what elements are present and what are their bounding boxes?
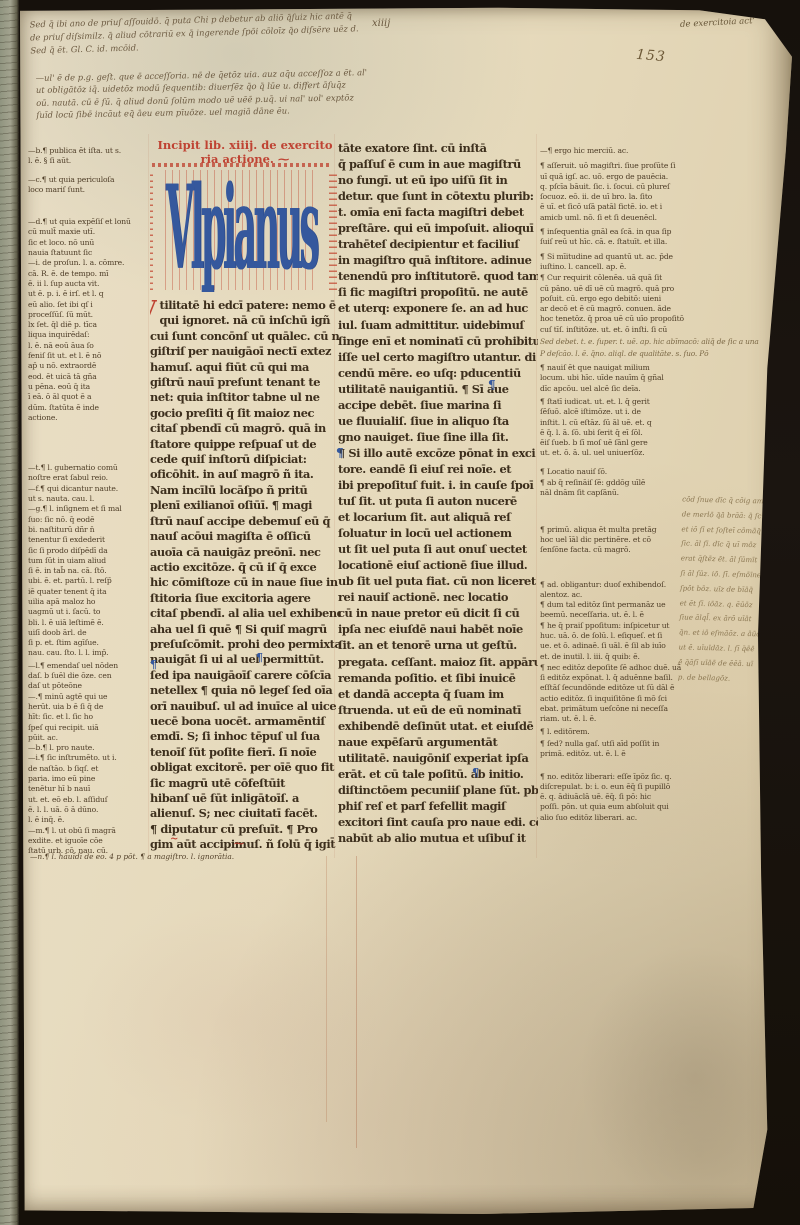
ruling-line <box>356 856 357 1148</box>
second-annotation-block: —ul' ē de p.g. geſt. que ē acceſſoria. n… <box>36 64 487 121</box>
main-text-column-2: tāte exatore ſint. cū inſtāq̄ paſſuſ ē c… <box>338 140 538 852</box>
frame-ruling <box>536 134 537 858</box>
facing-page-edge <box>0 0 19 1225</box>
running-title: de exercitoia act' <box>680 16 755 30</box>
folio-number: 153 <box>635 47 666 66</box>
gloss-paragraph: ¶ nauiſ ēt que nauigat miliumlocum. ubi … <box>540 363 736 394</box>
gloss-paragraph: —¶ ergo hic merciū. ac. <box>540 146 736 156</box>
main-text-column-1: Dm. Incipit lib. xiiij. de exercito ria … <box>150 138 340 854</box>
manuscript-page: Sed q̄ ibi ano de priuſ aſſouidō. q̄ put… <box>20 6 792 1214</box>
gloss-paragraph: ¶ ſed? nulla gaſ. utſi aīd poſſit inprim… <box>540 739 736 760</box>
ruling-line <box>326 856 327 1122</box>
rubric-line-1: Incipit lib. xiiij. de exercito <box>150 138 340 152</box>
column-1-text: tilitatē hi edcī patere: nemo ēqui ignor… <box>150 298 340 853</box>
gloss-paragraph: ¶ Cur requirit cōlenēa. uā quā ſitcū pān… <box>540 273 736 335</box>
top-annotation-block: Sed q̄ ibi ano de priuſ aſſouidō. q̄ put… <box>30 8 421 58</box>
gloss-paragraph: ¶ inſequentia gnāl ea ſcā. in qua ſipſui… <box>540 227 736 248</box>
right-gloss-column: —¶ ergo hic merciū. ac. ¶ aſſeruit. uō m… <box>540 142 736 823</box>
gloss-paragraph: ¶ Si mīitudine ad quantū ut. ac. p̄deiuſ… <box>540 252 736 273</box>
frame-ruling <box>334 134 335 858</box>
gloss-cursive-addition: Sed debet. t. e. ſuper. t. uē. ap. hic a… <box>540 336 736 360</box>
right-margin-cursive-note: cōd ſnue dīc q̄ cōig amat ūtde merlō q̄ā… <box>678 492 800 688</box>
gloss-paragraph: ¶ ſtatī iudicat. ut. et. l. q̄ geritſēſu… <box>540 397 736 459</box>
parchment-stain <box>80 906 380 1126</box>
gloss-paragraph: ¶ Locatio nauiſ ſō. <box>540 467 736 477</box>
gloss-paragraph: ¶ no. editōz liberari: eſſe īpōz ſic. q.… <box>540 772 736 823</box>
display-word-ulpianus: Vlpianus <box>166 163 317 297</box>
quire-numeral: xiiij <box>372 18 390 29</box>
gloss-paragraph: ¶ aſſeruit. uō magiſtri. ſiue proſūte ſi… <box>540 161 736 223</box>
parchment-stain <box>580 946 800 1206</box>
gloss-paragraph: ¶ l. editōrem. <box>540 727 736 737</box>
decorated-initial-word: Vlpianus <box>156 168 326 292</box>
frame-ruling <box>148 134 149 858</box>
manuscript-photo: { "page": { "folio_number": "153", "quir… <box>0 0 800 1225</box>
